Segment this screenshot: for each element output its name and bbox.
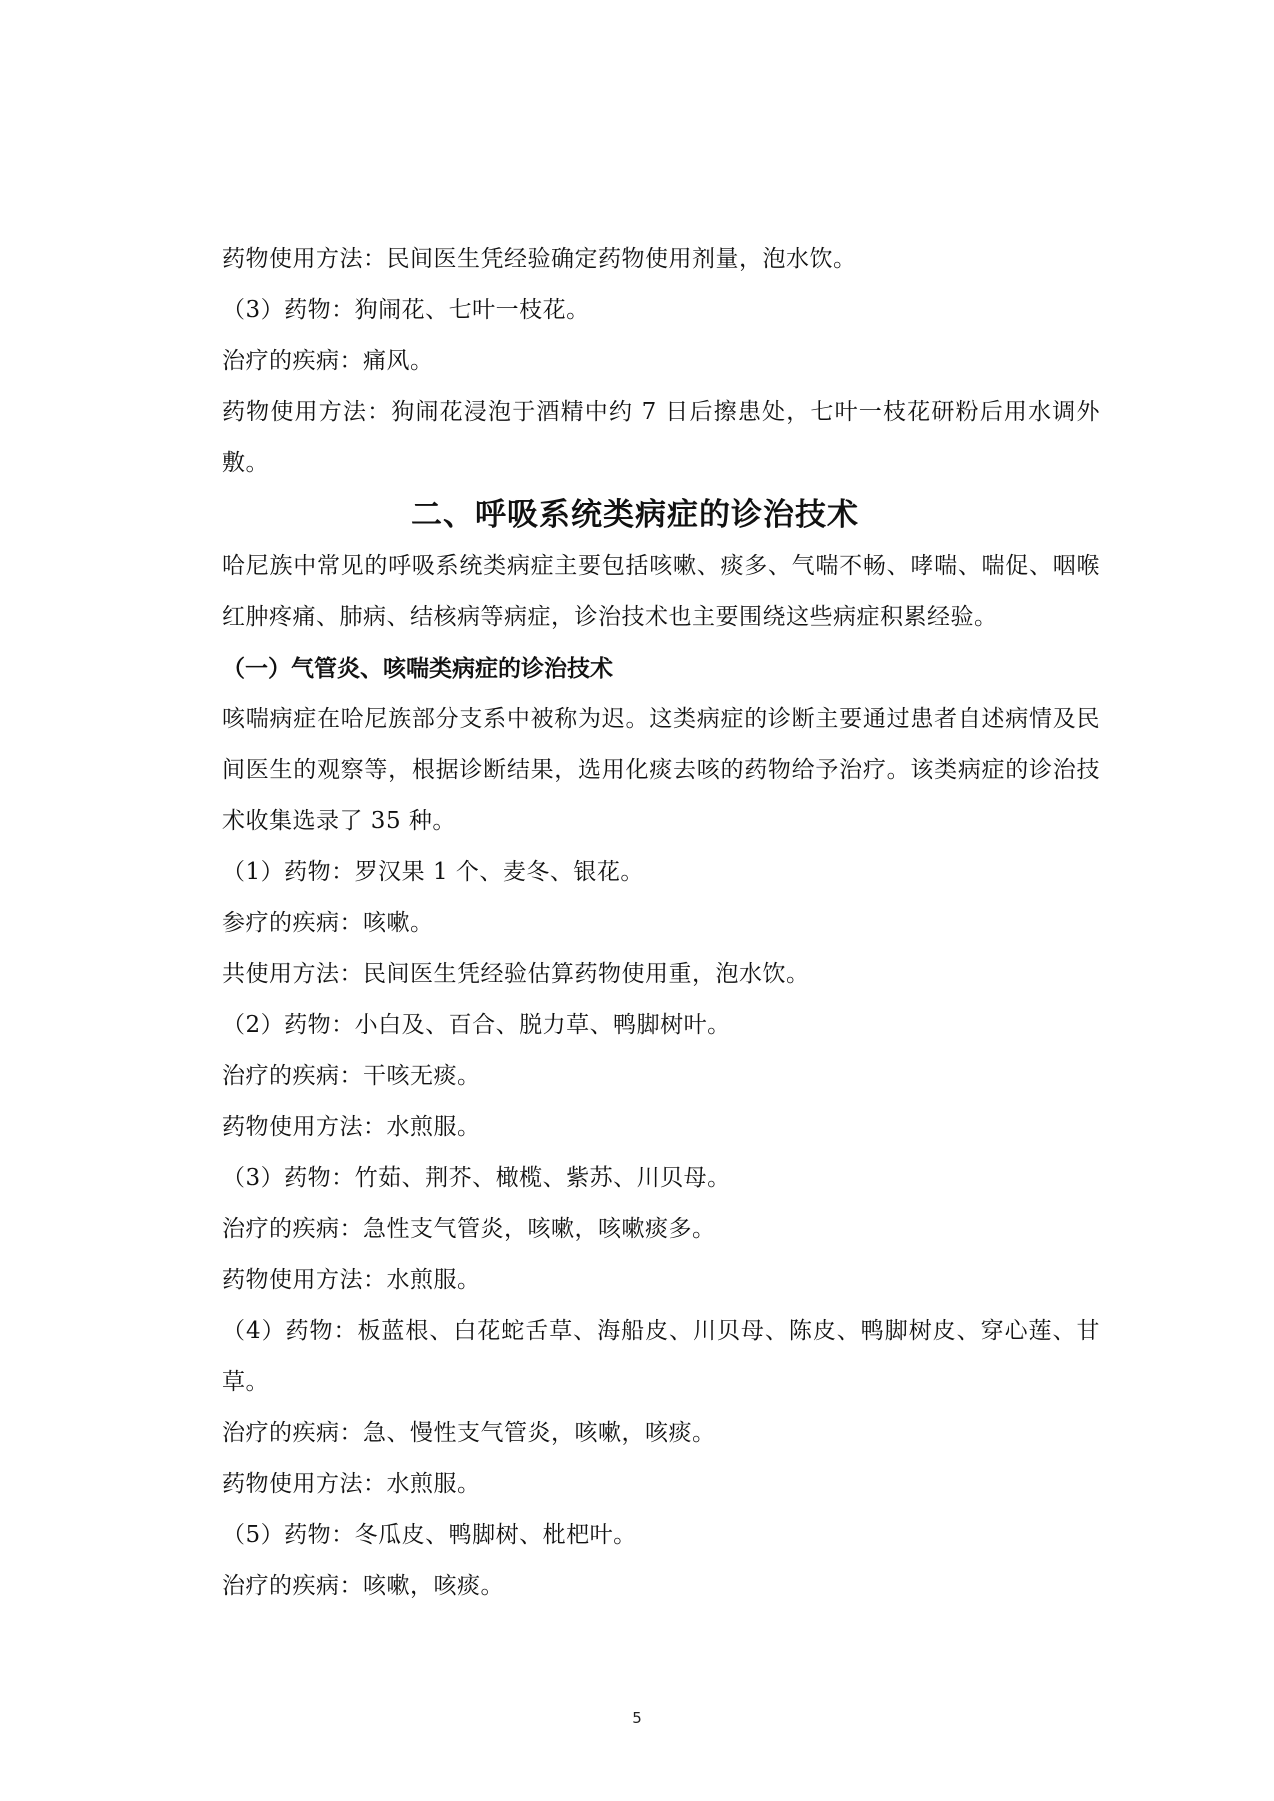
entry-disease: 治疗的疾病：干咳无痰。: [170, 1051, 1100, 1102]
paragraph-usage: 药物使用方法：狗闹花浸泡于酒精中约 7 日后擦患处，七叶一枝花研粉后用水调外敷。: [170, 387, 1100, 489]
entry-medicine: （3）药物：竹茹、荆芥、橄榄、紫苏、川贝母。: [170, 1153, 1100, 1204]
paragraph-disease: 治疗的疾病：痛风。: [170, 336, 1100, 387]
entry-disease: 参疗的疾病：咳嗽。: [170, 898, 1100, 949]
entry-disease: 治疗的疾病：咳嗽，咳痰。: [170, 1561, 1100, 1612]
entry-usage: 药物使用方法：水煎服。: [170, 1459, 1100, 1510]
subsection-heading: （一）气管炎、咳喘类病症的诊治技术: [170, 643, 1100, 694]
entry-usage: 药物使用方法：水煎服。: [170, 1102, 1100, 1153]
document-page: 药物使用方法：民间医生凭经验确定药物使用剂量，泡水饮。 （3）药物：狗闹花、七叶…: [170, 234, 1100, 1612]
section-intro: 哈尼族中常见的呼吸系统类病症主要包括咳嗽、痰多、气喘不畅、哮喘、喘促、咽喉红肿疼…: [170, 541, 1100, 643]
page-number: 5: [0, 1709, 1274, 1727]
entry-disease: 治疗的疾病：急性支气管炎，咳嗽，咳嗽痰多。: [170, 1204, 1100, 1255]
paragraph-usage: 药物使用方法：民间医生凭经验确定药物使用剂量，泡水饮。: [170, 234, 1100, 285]
entry-usage: 药物使用方法：水煎服。: [170, 1255, 1100, 1306]
subsection-intro: 咳喘病症在哈尼族部分支系中被称为迟。这类病症的诊断主要通过患者自述病情及民间医生…: [170, 694, 1100, 847]
section-heading: 二、呼吸系统类病症的诊治技术: [170, 489, 1100, 541]
entry-disease: 治疗的疾病：急、慢性支气管炎，咳嗽，咳痰。: [170, 1408, 1100, 1459]
entry-medicine: （5）药物：冬瓜皮、鸭脚树、枇杷叶。: [170, 1510, 1100, 1561]
entry-usage: 共使用方法：民间医生凭经验估算药物使用重，泡水饮。: [170, 949, 1100, 1000]
entry-medicine: （1）药物：罗汉果 1 个、麦冬、银花。: [170, 847, 1100, 898]
entry-medicine: （2）药物：小白及、百合、脱力草、鸭脚树叶。: [170, 1000, 1100, 1051]
paragraph-medicine: （3）药物：狗闹花、七叶一枝花。: [170, 285, 1100, 336]
entry-medicine: （4）药物：板蓝根、白花蛇舌草、海船皮、川贝母、陈皮、鸭脚树皮、穿心莲、甘草。: [170, 1306, 1100, 1408]
